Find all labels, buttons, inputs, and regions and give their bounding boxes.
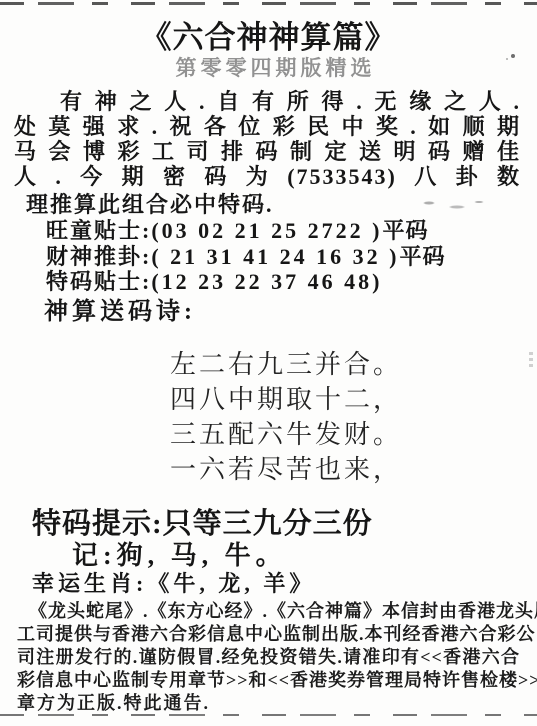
section-heading: 理推算此组合必中特码. [26, 192, 537, 217]
footer-notice: 《龙头蛇尾》.《东方心经》.《六合神篇》本信封由香港龙头尾 工司提供与香港六合彩… [17, 600, 520, 715]
torn-edge-bottom [0, 714, 537, 716]
footer-line: 工司提供与香港六合彩信息中心监制出版.本刊经香港六合彩公 [17, 623, 520, 646]
footer-line: 《龙头蛇尾》.《东方心经》.《六合神篇》本信封由香港龙头尾 [17, 600, 520, 623]
lucky-zodiac: 幸运生肖:《牛, 龙, 羊》 [32, 570, 537, 597]
intro-line: 马会博彩工司排码制定送明码赠佳 [14, 139, 521, 164]
tip-numbers: ( 21 31 41 24 16 32 ) [151, 244, 399, 270]
poem-line: 左二右九三并合。 [170, 347, 537, 382]
intro-line: 人.今期密码为(7533543)八卦数 [14, 164, 521, 189]
footer-line: 章方为正版.特此通告. [17, 692, 520, 715]
tip-label: 旺童贴士: [46, 218, 151, 244]
special-code-hint: 特码提示:只等三九分三份 [32, 508, 537, 541]
tip-numbers: (03 02 21 25 2722 ) [151, 218, 382, 244]
poem-title: 神算送码诗: [44, 298, 537, 326]
tip-label: 财神推卦: [46, 244, 151, 270]
tips-list: 旺童贴士: (03 02 21 25 2722 ) 平码 财神推卦: ( 21 … [46, 218, 537, 295]
issue-subtitle: 第零零四期版精选 [14, 56, 537, 81]
remember-note: 记:狗, 马, 牛。 [72, 541, 537, 570]
intro-line: 有神之人.自有所得.无缘之人. [14, 89, 521, 114]
intro-line: 处莫强求.祝各位彩民中奖.如顺期 [14, 114, 521, 139]
tip-suffix: 平码 [399, 244, 445, 270]
poem-line: 一六若尽苦也来， [170, 452, 537, 487]
tip-suffix: 平码 [382, 218, 428, 244]
torn-edge-top [0, 2, 537, 5]
tip-label: 特码贴士: [46, 269, 151, 295]
poem-line: 四八中期取十二， [170, 382, 537, 417]
tip-row: 旺童贴士: (03 02 21 25 2722 ) 平码 [46, 218, 537, 244]
tip-row: 财神推卦: ( 21 31 41 24 16 32 ) 平码 [46, 244, 537, 270]
poem: 左二右九三并合。 四八中期取十二， 三五配六牛发财。 一六若尽苦也来， [170, 347, 537, 487]
poem-line: 三五配六牛发财。 [170, 417, 537, 452]
tip-row: 特码贴士: (12 23 22 37 46 48) [46, 269, 537, 295]
footer-line: 彩信息中心监制专用章节>>和<<香港奖券管理局特许售检楼>>的 [17, 669, 520, 692]
footer-line: 司注册发行的.谨防假冒.经免投资错失.请准印有<<香港六合 [17, 646, 520, 669]
intro-paragraph: 有神之人.自有所得.无缘之人. 处莫强求.祝各位彩民中奖.如顺期 马会博彩工司排… [14, 89, 521, 189]
page-title: 《六合神神算篇》 [0, 20, 537, 56]
scanned-flyer-page: 《六合神神算篇》 第零零四期版精选 有神之人.自有所得.无缘之人. 处莫强求.祝… [0, 0, 537, 726]
tip-numbers: (12 23 22 37 46 48) [151, 269, 382, 295]
